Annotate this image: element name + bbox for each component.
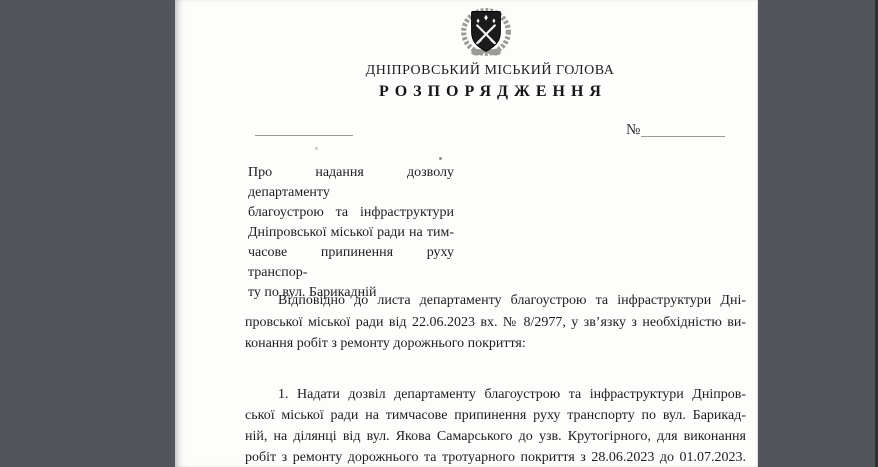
document-text-line: Відповідно до листа департаменту благоус… <box>245 290 746 312</box>
document-text-line: Дніпровської міської ради на тим- <box>248 223 454 243</box>
scan-speck <box>315 147 318 150</box>
date-blank-line <box>255 122 353 136</box>
document-type-title: РОЗПОРЯДЖЕННЯ <box>240 83 740 101</box>
document-text-line: провської міської ради від 22.06.2023 вх… <box>245 312 746 334</box>
document-number-blank-line <box>641 122 725 137</box>
body-paragraph-2: 1. Надати дозвіл департаменту благоустро… <box>245 384 746 467</box>
scan-speck <box>439 157 442 160</box>
document-text-line: 1. Надати дозвіл департаменту благоустро… <box>245 384 746 405</box>
document-text-line: благоустрою та інфраструктури <box>248 203 454 223</box>
body-paragraph-1: Відповідно до листа департаменту благоус… <box>245 290 746 355</box>
document-text-line: робіт з ремонту дорожнього та тротуарног… <box>245 447 746 467</box>
document-number-label: № <box>626 122 640 139</box>
document-subject: Про надання дозволу департаментублагоуст… <box>248 163 454 303</box>
document-text-line: часове припинення руху транспор- <box>248 243 454 283</box>
city-coat-of-arms-icon <box>458 4 514 58</box>
screenshot-root: { "window": { "background_color": "#5255… <box>0 0 878 467</box>
document-text-line: ської міської ради на тимчасове припинен… <box>245 405 746 426</box>
document-text-line: ній, на ділянці від вул. Якова Самарсько… <box>245 426 746 447</box>
document-text-line: Про надання дозволу департаменту <box>248 163 454 203</box>
document-text-line: конання робіт з ремонту дорожнього покри… <box>245 333 746 355</box>
document-page: ДНІПРОВСЬКИЙ МІСЬКИЙ ГОЛОВА РОЗПОРЯДЖЕНН… <box>175 0 758 467</box>
issuing-authority-title: ДНІПРОВСЬКИЙ МІСЬКИЙ ГОЛОВА <box>240 63 740 79</box>
